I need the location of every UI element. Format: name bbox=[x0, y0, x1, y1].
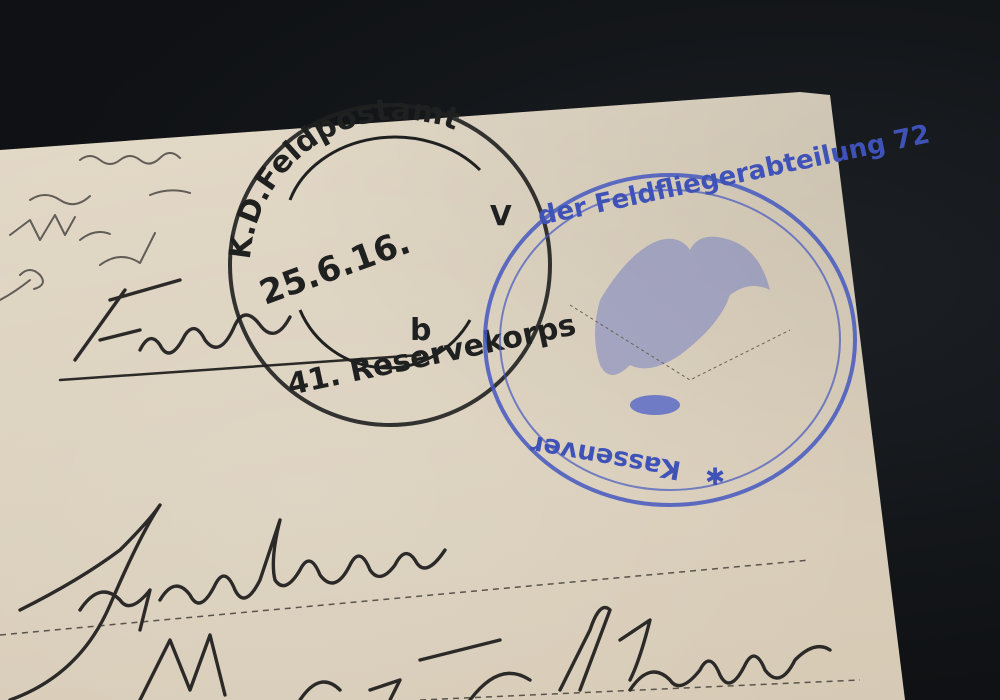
feldpost-postmark: K.D.Feldpostamt 25.6.16. V b 41. Reserve… bbox=[223, 93, 579, 425]
recipient-handwriting bbox=[10, 505, 830, 700]
postmark-date: 25.6.16. bbox=[254, 222, 415, 313]
star-icon: ✱ bbox=[705, 463, 725, 491]
sender-handwriting bbox=[0, 153, 190, 300]
postmark-top-text: K.D.Feldpostamt bbox=[223, 93, 464, 262]
unit-stamp-top-text: der Feldfliegerabteilung 72 bbox=[535, 119, 932, 231]
postmark-time: V bbox=[490, 199, 512, 232]
imperial-eagle-icon bbox=[595, 237, 770, 415]
address-line-1 bbox=[0, 560, 810, 635]
postmark-bottom-text: 41. Reservekorps bbox=[284, 307, 579, 402]
postcard-markings: K.D.Feldpostamt 25.6.16. V b 41. Reserve… bbox=[0, 0, 1000, 700]
unit-stamp-bottom-text: Kassenver bbox=[528, 429, 683, 485]
